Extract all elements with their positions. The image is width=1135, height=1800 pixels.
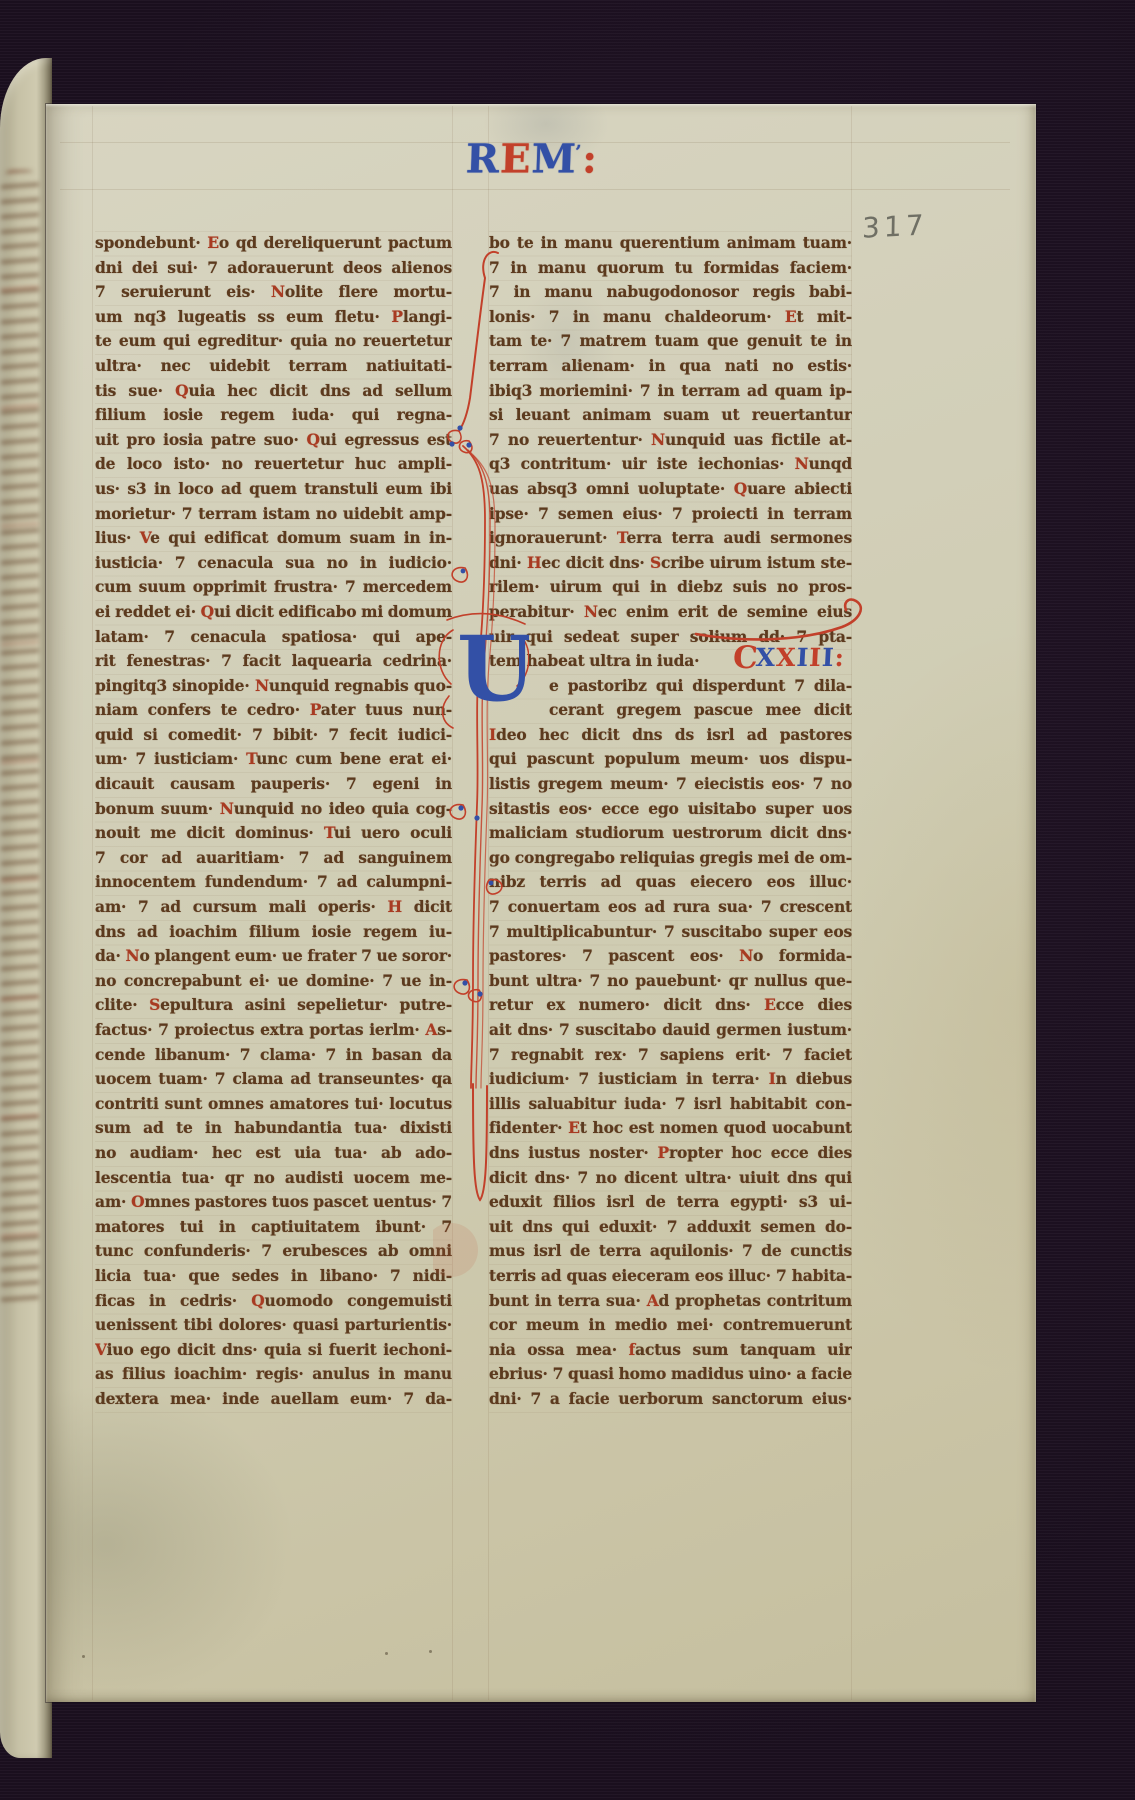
text-line: eduxit filios isrl de terra egypti· s3 u…: [489, 1190, 852, 1216]
text-line: dicit dns· 7 no dicent ultra· uiuit dns …: [489, 1165, 852, 1191]
previous-leaf-text-blur: [1, 170, 39, 1310]
text-line: ipse· 7 semen eius· 7 proiecti in terram…: [489, 501, 852, 527]
text-line: pastores· 7 pascent eos· No formida-: [489, 944, 852, 970]
text-line: pingitq3 sinopide· Nunquid regnabis quo-: [95, 673, 452, 699]
text-line: dni· 7 a facie uerborum sanctorum eius· …: [489, 1386, 852, 1412]
rubricated-capital: E: [568, 1118, 580, 1138]
running-title: REM’:: [426, 130, 638, 182]
text-line: Ideo hec dicit dns ds isrl ad pastores: [489, 722, 852, 748]
text-line: nibz terris ad quas eiecero eos illuc·: [489, 870, 852, 896]
text-line: am· 7 ad cursum mali operis· H dicit: [95, 895, 452, 921]
rubricated-capital: N: [255, 675, 269, 695]
pricking-hole: [429, 1650, 432, 1653]
text-line: sitastis eos· ecce ego uisitabo super uo…: [489, 796, 852, 822]
rubricated-capital: A: [425, 1020, 437, 1040]
text-line: 7 cor ad auaritiam· 7 ad sanguinem: [95, 845, 452, 871]
text-line: dni· Hec dicit dns· Scribe uirum istum s…: [489, 550, 852, 576]
text-line: latam· 7 cenacula spatiosa· qui ape-: [95, 624, 452, 650]
rubricated-capital: Q: [307, 429, 320, 449]
text-line: lonis· 7 in manu chaldeorum· Et mit-: [489, 304, 852, 330]
text-line: 7 no reuertentur· Nunquid uas fictile at…: [489, 427, 852, 453]
rubricated-capital: H: [388, 897, 402, 917]
text-line: uas absq3 omni uoluptate· Quare abiecti …: [489, 476, 852, 502]
rubricated-capital: f: [629, 1339, 635, 1359]
rubricated-capital: T: [324, 823, 334, 843]
text-line: tam te· 7 matrem tuam que genuit te in: [489, 329, 852, 355]
rubricated-capital: N: [126, 946, 140, 966]
rubricated-capital: N: [271, 282, 285, 302]
rubricated-capital: N: [651, 429, 665, 449]
text-line: 7 multiplicabuntur· 7 suscitabo super eo…: [489, 919, 852, 945]
rubricated-capital: Q: [175, 380, 188, 400]
rubricated-capital: I: [769, 1069, 776, 1089]
rubricated-capital: V: [95, 1339, 107, 1359]
text-line: innocentem fundendum· 7 ad calumpni-: [95, 870, 452, 896]
text-line: perabitur· Nec enim erit de semine eius: [489, 599, 852, 625]
text-line: fidenter· Et hoc est nomen quod uocabunt…: [489, 1116, 852, 1142]
text-line: go congregabo reliquias gregis mei de om…: [489, 845, 852, 871]
text-line: 7 in manu quorum tu formidas faciem·: [489, 255, 852, 281]
text-line: de loco isto· no reuertetur huc ampli-: [95, 452, 452, 478]
text-line: tis sue· Quia hec dicit dns ad sellum: [95, 378, 452, 404]
rubricated-capital: E: [785, 306, 797, 326]
text-line: uit pro iosia patre suo· Qui egressus es…: [95, 427, 452, 453]
rubricated-letter: :: [834, 643, 846, 672]
text-line: dni dei sui· 7 adorauerunt deos alienos: [95, 255, 452, 281]
text-line: factus· 7 proiectus extra portas ierlm· …: [95, 1018, 452, 1044]
ruling-line-vertical: [452, 106, 453, 1700]
text-line: cende libanum· 7 clama· 7 in basan da: [95, 1042, 452, 1068]
text-line: ficas in cedris· Quomodo congemuisti cum: [95, 1288, 452, 1314]
text-line: clite· Sepultura asini sepelietur· putre…: [95, 993, 452, 1019]
chapter-number-letters: XXIII:: [755, 643, 846, 672]
text-line: qui pascunt populum meum· uos dispu-: [489, 747, 852, 773]
rubricated-capital: I: [489, 724, 496, 744]
text-line: tunc confunderis· 7 erubesces ab omni ma…: [95, 1239, 452, 1265]
text-line: dicauit causam pauperis· 7 egeni in: [95, 772, 452, 798]
rubricated-capital: Q: [201, 601, 214, 621]
rubricated-capital: H: [527, 552, 541, 572]
text-line: illis saluabitur iuda· 7 isrl habitabit …: [489, 1091, 852, 1117]
text-line: bunt in terra sua· Ad prophetas contritu…: [489, 1288, 852, 1314]
text-line: ignorauerunt· Terra terra audi sermones: [489, 526, 852, 552]
rubricated-capital: O: [131, 1192, 144, 1212]
rubricated-letter: M: [531, 135, 578, 182]
rubricated-capital: P: [310, 700, 321, 720]
rubricated-capital: Q: [734, 479, 747, 499]
text-line: Viuo ego dicit dns· quia si fuerit iecho…: [95, 1337, 452, 1363]
ruling-line-vertical: [92, 106, 93, 1700]
rubricated-capital: A: [647, 1290, 659, 1310]
text-line: quid si comedit· 7 bibit· 7 fecit iudici…: [95, 722, 452, 748]
rubricated-capital: T: [246, 749, 256, 769]
text-line: dns ad ioachim filium iosie regem iu-: [95, 919, 452, 945]
text-line: am· Omnes pastores tuos pascet uentus· 7…: [95, 1190, 452, 1216]
text-line: morietur· 7 terram istam no uidebit amp-: [95, 501, 452, 527]
rubricated-capital: P: [658, 1143, 669, 1163]
text-line: nia ossa mea· factus sum tanquam uir: [489, 1337, 852, 1363]
rubricated-capital: S: [149, 995, 160, 1015]
text-line: iusticia· 7 cenacula sua no in iudicio· …: [95, 550, 452, 576]
text-line: iudicium· 7 iusticiam in terra· In diebu…: [489, 1067, 852, 1093]
text-line: dns iustus noster· Propter hoc ecce dies…: [489, 1140, 852, 1166]
text-line: as filius ioachim· regis· anulus in manu: [95, 1362, 452, 1388]
text-line: spondebunt· Eo qd dereliquerunt pactum: [95, 231, 452, 257]
text-line: no concrepabunt ei· ue domine· 7 ue in-: [95, 968, 452, 994]
folio-number: 317: [862, 208, 928, 245]
rubricated-letter: R: [465, 135, 501, 182]
text-line: um· 7 iusticiam· Tunc cum bene erat ei· …: [95, 747, 452, 773]
text-line: ibiq3 moriemini· 7 in terram ad quam ip-: [489, 378, 852, 404]
rubricated-capital: V: [140, 528, 150, 548]
rubricated-letter: E: [499, 135, 532, 182]
rubricated-capital: P: [391, 306, 402, 326]
text-line: ebrius· 7 quasi homo madidus uino· a fac…: [489, 1362, 852, 1388]
rubricated-capital: N: [584, 601, 598, 621]
text-line: si leuant animam suam ut reuertantur ill…: [489, 403, 852, 429]
text-line: lius· Ve qui edificat domum suam in in-: [95, 526, 452, 552]
rubricated-capital: N: [739, 946, 753, 966]
text-line: te eum qui egreditur· quia no reuertetur: [95, 329, 452, 355]
text-line: 7 regnabit rex· 7 sapiens erit· 7 faciet: [489, 1042, 852, 1068]
text-line: 7 in manu nabugodonosor regis babi-: [489, 280, 852, 306]
text-line: e pastoribz qui disperdunt 7 dila-: [489, 673, 852, 699]
rubricated-letter: X: [775, 643, 797, 672]
text-line: bunt ultra· 7 no pauebunt· qr nullus que…: [489, 968, 852, 994]
text-line: contriti sunt omnes amatores tui· locutu…: [95, 1091, 452, 1117]
text-column-left: spondebunt· Eo qd dereliquerunt pactumdn…: [95, 231, 452, 1414]
text-line: matores tui in captiuitatem ibunt· 7: [95, 1214, 452, 1240]
manuscript-photo: { "colors": { "backdrop": "#1c1020", "pa…: [0, 0, 1135, 1800]
text-line: dextera mea· inde auellam eum· 7 da-: [95, 1386, 452, 1412]
text-line: cerant gregem pascue mee dicit dns·: [489, 698, 852, 724]
text-line: um nq3 lugeatis ss eum fletu· Plangi-: [95, 304, 452, 330]
text-column-right: bo te in manu querentium animam tuam·7 i…: [489, 231, 852, 1414]
text-line: terram alienam· in qua nati no estis·: [489, 353, 852, 379]
rubricated-capital: E: [764, 995, 776, 1015]
rubricated-capital: E: [207, 233, 219, 253]
chapter-number: CXXIII:: [732, 640, 846, 676]
ruling-line-horizontal: [60, 189, 1010, 190]
rubricated-capital: S: [650, 552, 661, 572]
text-line: terris ad quas eieceram eos illuc· 7 hab…: [489, 1263, 852, 1289]
text-line: sum ad te in habundantia tua· dixisti: [95, 1116, 452, 1142]
text-line: cum suum opprimit frustra· 7 mercedem: [95, 575, 452, 601]
rubricated-letter: X: [755, 643, 777, 672]
text-line: retur ex numero· dicit dns· Ecce dies ue…: [489, 993, 852, 1019]
text-line: bo te in manu querentium animam tuam·: [489, 231, 852, 257]
text-line: uit dns qui eduxit· 7 adduxit semen do-: [489, 1214, 852, 1240]
text-line: ait dns· 7 suscitabo dauid germen iustum…: [489, 1018, 852, 1044]
rubricated-capital: N: [220, 798, 234, 818]
text-line: lescentia tua· qr no audisti uocem me-: [95, 1165, 452, 1191]
text-line: no audiam· hec est uia tua· ab ado-: [95, 1140, 452, 1166]
text-line: bonum suum· Nunquid no ideo quia cog-: [95, 796, 452, 822]
rubricated-capital: T: [617, 528, 627, 548]
text-line: filium iosie regem iuda· qui regna-: [95, 403, 452, 429]
text-line: rit fenestras· 7 facit laquearia cedrina…: [95, 649, 452, 675]
rubricated-capital: N: [795, 454, 809, 474]
text-line: licia tua· que sedes in libano· 7 nidi-: [95, 1263, 452, 1289]
text-line: uenissent tibi dolores· quasi parturient…: [95, 1313, 452, 1339]
text-line: q3 contritum· uir iste iechonias· Nunqd: [489, 452, 852, 478]
text-line: us· s3 in loco ad quem transtuli eum ibi: [95, 476, 452, 502]
text-line: ultra· nec uidebit terram natiuitati-: [95, 353, 452, 379]
text-line: nouit me dicit dominus· Tui uero oculi: [95, 821, 452, 847]
text-line: 7 seruierunt eis· Nolite flere mortu-: [95, 280, 452, 306]
text-line: rilem· uirum qui in diebz suis no pros-: [489, 575, 852, 601]
rubricated-letter: :: [581, 135, 598, 182]
rubricated-capital: Q: [251, 1290, 264, 1310]
text-line: da· No plangent eum· ue frater 7 ue soro…: [95, 944, 452, 970]
text-line: cor meum in medio mei· contremuerunt om-: [489, 1313, 852, 1339]
pricking-hole: [82, 1655, 85, 1658]
text-line: listis gregem meum· 7 eiecistis eos· 7 n…: [489, 772, 852, 798]
text-line: mus isrl de terra aquilonis· 7 de cuncti…: [489, 1239, 852, 1265]
text-line: maliciam studiorum uestrorum dicit dns· …: [489, 821, 852, 847]
text-line: 7 conuertam eos ad rura sua· 7 crescent: [489, 895, 852, 921]
book-page-edges: [0, 58, 52, 1758]
text-line: niam confers te cedro· Pater tuus nun-: [95, 698, 452, 724]
pricking-hole: [385, 1652, 388, 1655]
text-line: ei reddet ei· Qui dicit edificabo mi dom…: [95, 599, 452, 625]
text-line: uocem tuam· 7 clama ad transeuntes· qa: [95, 1067, 452, 1093]
